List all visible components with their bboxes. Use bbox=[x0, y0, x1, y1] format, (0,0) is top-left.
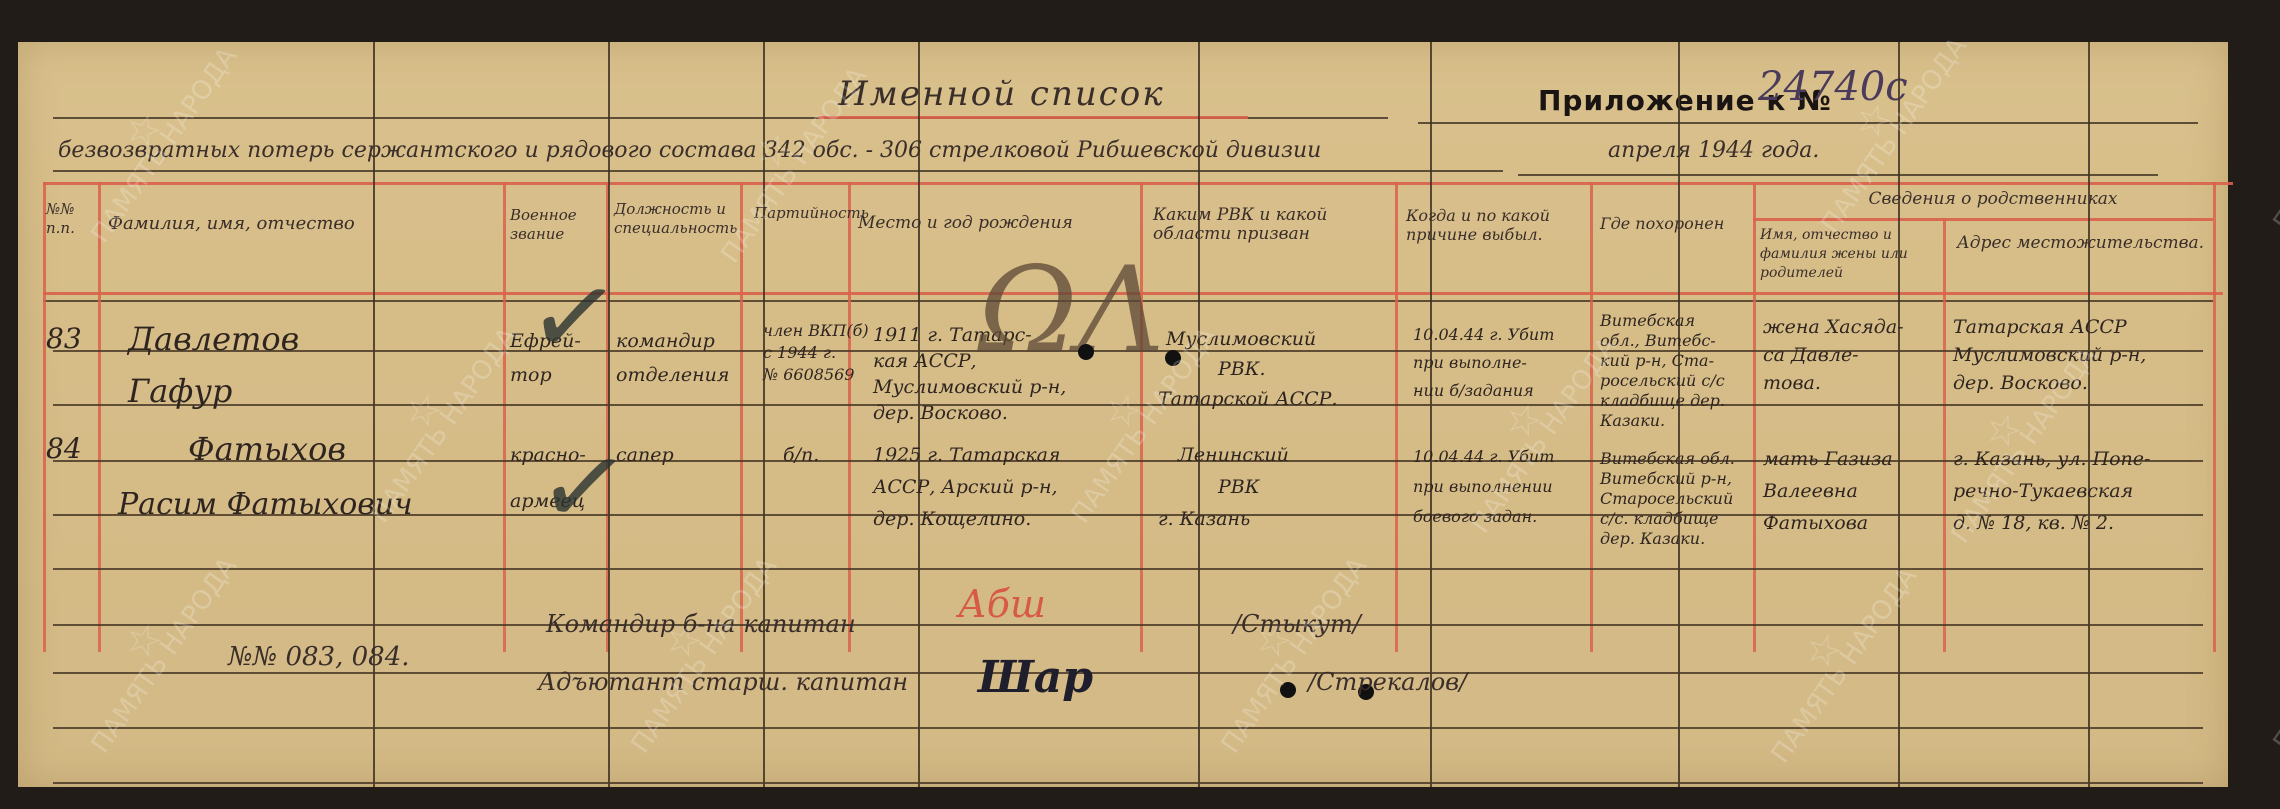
col-rule bbox=[98, 182, 101, 652]
col-rule bbox=[740, 182, 743, 652]
appendix-number: 24740с bbox=[1758, 64, 1908, 110]
rule bbox=[1418, 122, 2198, 124]
col-rule bbox=[848, 182, 851, 652]
draft-line: Муслимовский bbox=[1166, 326, 1316, 352]
relative-address-line: г. Казань, ул. Попе- bbox=[1953, 446, 2150, 472]
list-subtitle: безвозвратных потерь сержантского и рядо… bbox=[58, 138, 1321, 163]
col-rule bbox=[43, 182, 46, 652]
header-birth: Место и год рождения bbox=[858, 214, 1128, 233]
header-position: Должность и специальность bbox=[614, 200, 734, 238]
adjutant-signature: Шар bbox=[978, 652, 1093, 703]
list-period: апреля 1944 года. bbox=[1608, 138, 1819, 163]
document-sheet: Именной список Приложение к № 24740с без… bbox=[18, 42, 2228, 787]
checkmark-icon: ✓ bbox=[531, 426, 638, 548]
header-num: №№ п.п. bbox=[46, 200, 96, 238]
form-rule bbox=[1898, 42, 1900, 787]
watermark: ☆ПАМЯТЬ НАРОДА bbox=[606, 538, 781, 757]
checkmark-icon: ✓ bbox=[521, 256, 628, 378]
rule bbox=[53, 404, 2203, 406]
party-line: с 1944 г. bbox=[763, 342, 836, 364]
buried-line: кий р-н, Ста- bbox=[1600, 350, 1714, 372]
buried-line: Казаки. bbox=[1600, 410, 1665, 432]
rule bbox=[53, 624, 2203, 626]
row-number: 84 bbox=[46, 432, 82, 466]
header-when-why: Когда и по какой причине выбыл. bbox=[1406, 206, 1586, 244]
punch-hole bbox=[1165, 350, 1181, 366]
buried-line: Витебская bbox=[1600, 310, 1695, 332]
col-rule bbox=[2213, 182, 2216, 652]
position-line: командир bbox=[616, 328, 715, 354]
star-icon: ☆ bbox=[2248, 536, 2280, 740]
col-rule bbox=[503, 182, 506, 652]
header-name: Фамилия, имя, отчество bbox=[108, 214, 488, 233]
when-why-line: боевого задан. bbox=[1413, 506, 1537, 528]
rule bbox=[53, 782, 2203, 784]
birth-line: дер. Восково. bbox=[873, 400, 1008, 426]
form-rule bbox=[1678, 42, 1680, 787]
form-rule bbox=[2088, 42, 2090, 787]
star-icon: ☆ bbox=[2248, 16, 2280, 220]
commander-name: /Стыкут/ bbox=[1233, 610, 1361, 638]
draft-line: РВК. bbox=[1218, 356, 1266, 382]
birth-line: АССР, Арский р-н, bbox=[873, 474, 1058, 500]
relative-address-line: речно-Тукаевская bbox=[1953, 478, 2133, 504]
punch-hole bbox=[1280, 682, 1296, 698]
relative-name-line: мать Газиза bbox=[1763, 446, 1893, 472]
header-rank: Военное звание bbox=[510, 206, 600, 244]
row-number: 83 bbox=[46, 322, 82, 356]
buried-line: обл., Витебс- bbox=[1600, 330, 1716, 352]
star-icon: ☆ bbox=[1746, 548, 1900, 752]
star-icon: ☆ bbox=[346, 308, 500, 512]
margin-note: №№ 083, 084. bbox=[228, 642, 410, 672]
relative-address-line: Муслимовский р-н, bbox=[1953, 342, 2146, 368]
header-relative-address: Адрес местожительства. bbox=[1953, 234, 2208, 253]
buried-line: с/с. кладбище bbox=[1600, 508, 1718, 530]
when-why-line: при выполне- bbox=[1413, 352, 1527, 374]
page-title: Именной список bbox=[838, 74, 1165, 114]
position-line: отделения bbox=[616, 362, 729, 388]
relative-address-line: Татарская АССР bbox=[1953, 314, 2127, 340]
title-underline bbox=[818, 116, 1248, 119]
col-rule bbox=[1590, 182, 1593, 652]
pencil-mark: Λ bbox=[1078, 242, 1165, 381]
form-rule bbox=[373, 42, 375, 787]
col-rule bbox=[1943, 218, 1946, 652]
commander-label: Командир б-на капитан bbox=[546, 610, 856, 638]
pencil-mark: Ω bbox=[978, 242, 1078, 381]
given-name: Расим Фатыхович bbox=[118, 488, 413, 522]
draft-line: Татарской АССР. bbox=[1158, 386, 1338, 412]
relatives-subrule bbox=[1753, 218, 2213, 221]
surname: Давлетов bbox=[128, 322, 299, 356]
draft-line: Ленинский bbox=[1178, 442, 1289, 468]
watermark: ☆ПАМЯТЬ НАРОДА bbox=[1196, 538, 1371, 757]
punch-hole bbox=[1078, 344, 1094, 360]
header-draft: Каким РВК и какой области призван bbox=[1153, 206, 1388, 244]
adjutant-label: Адъютант старш. капитан bbox=[538, 668, 908, 696]
header-relative-name: Имя, отчество и фамилия жены или родител… bbox=[1760, 226, 1938, 283]
header-relatives-group: Сведения о родственниках bbox=[1778, 190, 2208, 209]
when-why-line: при выполнении bbox=[1413, 476, 1553, 498]
watermark: ☆ПАМЯТЬ НАРОДА bbox=[1746, 548, 1921, 767]
commander-signature: Абш bbox=[958, 582, 1046, 626]
relative-address-line: д. № 18, кв. № 2. bbox=[1953, 510, 2114, 536]
relative-name-line: жена Хасяда- bbox=[1763, 314, 1904, 340]
party-line: б/п. bbox=[783, 442, 819, 468]
watermark: ☆ПАМЯТЬ НАРОДА bbox=[2248, 16, 2280, 235]
buried-line: росельский с/с bbox=[1600, 370, 1725, 392]
adjutant-name: /Стрекалов/ bbox=[1308, 668, 1467, 696]
watermark: ☆ПАМЯТЬ НАРОДА bbox=[66, 538, 241, 757]
when-why-line: нии б/задания bbox=[1413, 380, 1534, 402]
watermark: ☆ПАМЯТЬ НАРОДА bbox=[2248, 536, 2280, 755]
rule bbox=[53, 170, 1503, 172]
birth-line: дер. Кощелино. bbox=[873, 506, 1031, 532]
party-line: член ВКП(б) bbox=[763, 320, 869, 342]
relative-name-line: са Давле- bbox=[1763, 342, 1859, 368]
buried-line: Витебская обл. bbox=[1600, 448, 1735, 470]
given-name: Гафур bbox=[128, 374, 232, 408]
draft-line: г. Казань bbox=[1158, 506, 1250, 532]
rule bbox=[53, 672, 2203, 674]
party-line: № 6608569 bbox=[763, 364, 854, 386]
rule bbox=[53, 727, 2203, 729]
buried-line: дер. Казаки. bbox=[1600, 528, 1705, 550]
col-rule bbox=[1753, 182, 1756, 652]
draft-line: РВК bbox=[1218, 474, 1259, 500]
header-buried: Где похоронен bbox=[1600, 214, 1750, 233]
when-why-line: 10.04.44 г. Убит bbox=[1413, 446, 1554, 468]
header-top-rule bbox=[43, 182, 2233, 185]
col-rule bbox=[1395, 182, 1398, 652]
when-why-line: 10.04.44 г. Убит bbox=[1413, 324, 1554, 346]
birth-line: кая АССР, bbox=[873, 348, 977, 374]
relative-address-line: дер. Восково. bbox=[1953, 370, 2088, 396]
rule bbox=[53, 568, 2203, 570]
form-rule bbox=[1198, 42, 1200, 787]
buried-line: Старосельский bbox=[1600, 488, 1733, 510]
relative-name-line: Валеевна bbox=[1763, 478, 1858, 504]
buried-line: кладбище дер. bbox=[1600, 390, 1725, 412]
birth-line: 1925 г. Татарская bbox=[873, 442, 1060, 468]
surname: Фатыхов bbox=[188, 432, 346, 466]
buried-line: Витебский р-н, bbox=[1600, 468, 1732, 490]
relative-name-line: това. bbox=[1763, 370, 1821, 396]
relative-name-line: Фатыхова bbox=[1763, 510, 1868, 536]
header-party: Партийность bbox=[754, 204, 842, 223]
rule bbox=[1518, 174, 2158, 176]
